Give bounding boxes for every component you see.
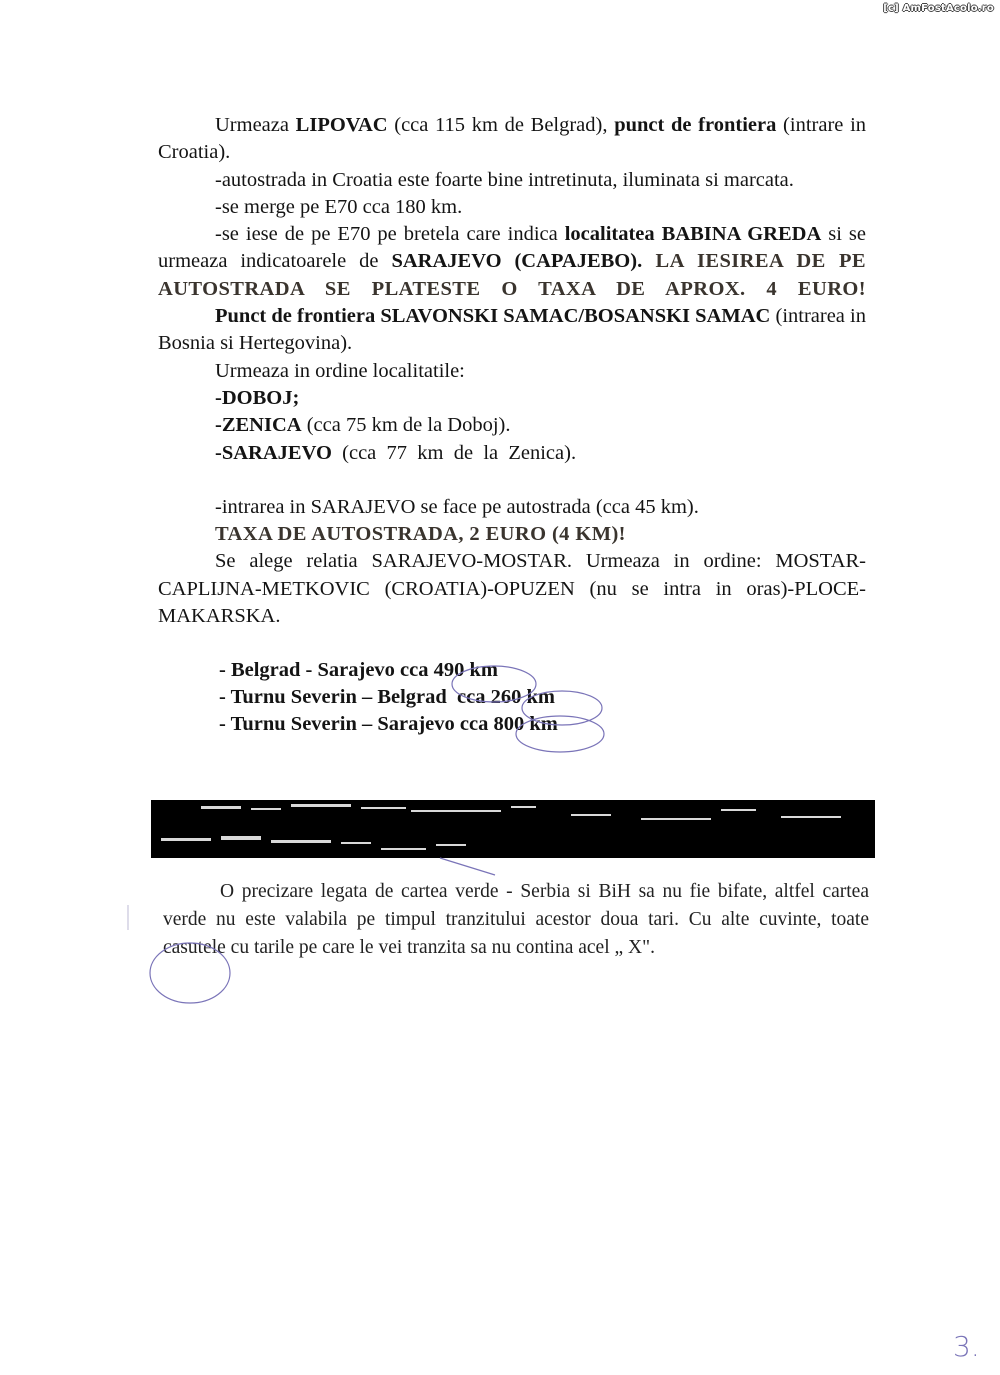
locality-note: (cca 77 km de la Zenica).: [332, 442, 576, 464]
locality-item: -ZENICA (cca 75 km de la Doboj).: [158, 412, 866, 439]
distance-route: - Turnu Severin – Sarajevo cca: [219, 713, 493, 735]
paragraph-localities-intro: Urmeaza in ordine localitatile:: [158, 358, 866, 385]
locality-name: -SARAJEVO: [215, 442, 332, 464]
page-number: 3.: [953, 1330, 980, 1363]
watermark: [c] AmFostAcolo.ro: [883, 3, 994, 14]
place-lipovac: LIPOVAC: [296, 114, 388, 136]
green-card-note: O precizare legata de cartea verde - Ser…: [163, 878, 869, 962]
text: -se iese de pe E70 pe bretela care indic…: [215, 223, 565, 245]
redaction-noise: [151, 800, 875, 858]
paragraph-babina-greda: -se iese de pe E70 pe bretela care indic…: [158, 221, 866, 303]
locality-name: -DOBOJ;: [215, 387, 299, 409]
border-crossing-label: punct de frontiera: [614, 114, 776, 136]
paragraph-route: Se alege relatia SARAJEVO-MOSTAR. Urmeaz…: [158, 548, 866, 630]
locality-item: -DOBOJ;: [158, 385, 866, 412]
document-body: Urmeaza LIPOVAC (cca 115 km de Belgrad),…: [158, 112, 866, 738]
locality-note: (cca 75 km de la Doboj).: [302, 414, 511, 436]
place-sarajevo: SARAJEVO (CAPAJEBO).: [391, 250, 642, 272]
paragraph-e70: -se merge pe E70 cca 180 km.: [158, 194, 866, 221]
paragraph-sarajevo-entry: -intrarea in SARAJEVO se face pe autostr…: [158, 494, 866, 521]
place-babina-greda: localitatea BABINA GREDA: [565, 223, 822, 245]
distance-item: - Turnu Severin – Belgrad cca 260 km: [219, 684, 866, 711]
distance-route: - Turnu Severin – Belgrad cca: [219, 686, 491, 708]
localities-list: -DOBOJ;-ZENICA (cca 75 km de la Doboj).-…: [158, 385, 866, 467]
distance-value: 490 km: [434, 659, 498, 681]
paragraph-highway-croatia: -autostrada in Croatia este foarte bine …: [158, 167, 866, 194]
distance-value: 260 km: [491, 686, 555, 708]
paragraph-lipovac: Urmeaza LIPOVAC (cca 115 km de Belgrad),…: [158, 112, 866, 167]
distances-list: - Belgrad - Sarajevo cca 490 km- Turnu S…: [158, 657, 866, 738]
toll-warning-2: TAXA DE AUTOSTRADA, 2 EURO (4 KM)!: [158, 521, 866, 548]
text: (cca 115 km de Belgrad),: [388, 114, 615, 136]
spacer: [158, 467, 866, 494]
paragraph-border-samac: Punct de frontiera SLAVONSKI SAMAC/BOSAN…: [158, 303, 866, 358]
distance-item: - Belgrad - Sarajevo cca 490 km: [219, 657, 866, 684]
locality-name: -ZENICA: [215, 414, 302, 436]
distance-route: - Belgrad - Sarajevo cca: [219, 659, 434, 681]
spacer: [158, 630, 866, 657]
distance-item: - Turnu Severin – Sarajevo cca 800 km: [219, 711, 866, 738]
redacted-block: [151, 800, 875, 858]
distance-value: 800 km: [493, 713, 557, 735]
text: Urmeaza: [215, 114, 296, 136]
note-text: O precizare legata de cartea verde - Ser…: [163, 878, 869, 962]
locality-item: -SARAJEVO (cca 77 km de la Zenica).: [158, 440, 866, 467]
border-crossing-samac: Punct de frontiera SLAVONSKI SAMAC/BOSAN…: [215, 305, 770, 327]
